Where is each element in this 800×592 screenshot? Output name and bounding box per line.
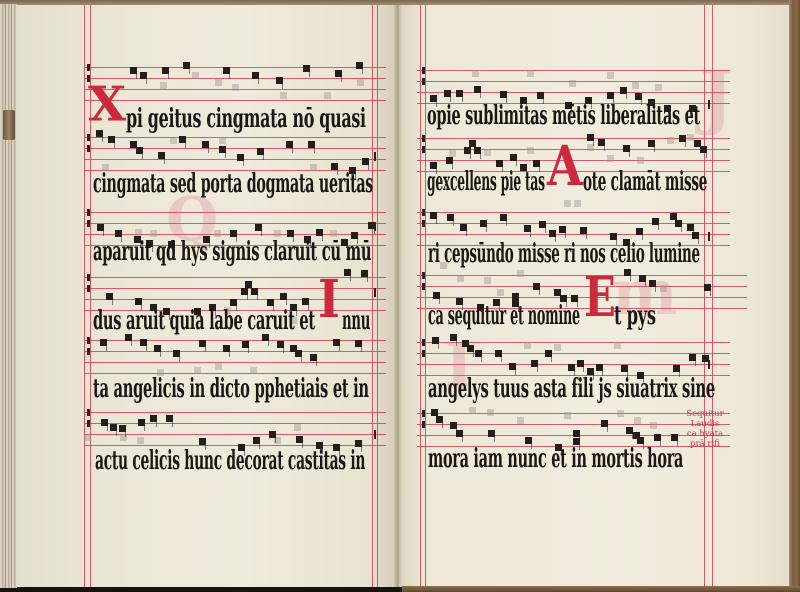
neume [436,416,443,423]
show-through-neume [469,407,476,414]
custos-mark [708,232,710,241]
show-through-neume [137,437,144,444]
neume [106,293,113,300]
neume [587,134,594,141]
neume [179,136,186,143]
neume [512,293,519,300]
neume [670,213,677,220]
show-through-neume [517,270,524,277]
neume [700,146,707,153]
show-through-neume [472,70,479,77]
neume [199,340,206,347]
clef-mark [422,339,425,346]
red-initial-x: X [88,80,126,128]
neume [183,62,190,69]
neume [115,230,122,237]
music-staff [84,340,386,374]
neume [223,345,230,352]
show-through-neume [250,367,257,374]
show-through-neume [564,200,571,207]
neume [295,350,302,357]
neume [355,340,362,347]
show-through-neume [687,134,694,141]
lyric-line: ca sequitur et nomine [428,301,580,331]
neume [430,212,437,219]
clef-mark [422,220,425,227]
show-through-neume [457,275,464,282]
music-staff [417,70,730,104]
neume [460,224,467,231]
clef-mark [422,421,425,428]
neume [444,90,451,97]
show-through-neume [215,79,222,86]
neume [253,437,260,444]
neume [467,345,474,352]
show-through-neume [614,342,621,349]
clef-mark [422,209,425,216]
clef-mark [87,348,90,355]
neume [509,363,516,370]
lyric-line: actu celicis hunc decorat castitas in [95,446,365,476]
show-through-neume [660,285,667,292]
show-through-neume [84,434,91,441]
show-through-neume [607,72,614,79]
lyric-line: dus aruit quia labe caruit et [93,306,315,336]
neume [673,365,680,372]
neume [601,420,608,427]
neume [475,350,482,357]
lyric-line: opie sublimitas mētis liberalitas et [427,101,700,131]
neume [202,141,209,148]
book-cover-edge [789,0,800,592]
neume [230,230,237,237]
neume [286,141,293,148]
clef-mark [422,146,425,153]
neume [654,434,661,441]
clef-mark [422,350,425,357]
neume [524,225,531,232]
neume [549,230,556,237]
neume [596,364,603,371]
neume [110,424,117,431]
lyric-line: mora iam nunc et in mortis hora [428,444,683,474]
show-through-neume [524,342,531,349]
neume [598,139,605,146]
show-through-neume [215,363,222,370]
custos-mark [374,152,376,161]
neume [356,62,363,69]
show-through-neume [487,409,494,416]
book-gutter [394,5,403,587]
neume [255,224,262,231]
neume [154,345,161,352]
neume [607,92,614,99]
show-through-neume [170,137,177,144]
clef-mark [422,272,425,279]
neume [257,148,264,155]
neume [450,422,457,429]
neume [276,77,283,84]
clef-mark [87,274,90,281]
rubric-line: prā rifi [680,439,730,449]
neume [119,425,126,432]
neume [158,152,165,159]
neume [537,92,544,99]
show-through-neume [449,150,456,157]
show-through-neume [497,289,504,296]
lyric-line: pi geitus cingmata nō quasi [126,104,366,134]
neume [568,364,575,371]
show-through-neume [357,79,364,86]
neume [510,154,517,161]
red-initial-e: E [584,270,616,326]
show-through-neume [617,410,624,417]
neume [456,90,463,97]
neume [671,434,678,441]
neume [446,157,453,164]
neume [335,70,342,77]
neume [199,438,206,445]
lyric-line: angelys tuus asta fili js siuatrix sine [428,374,715,404]
lyric-line: aparuit qd hys signis claruit cū mū [93,237,371,267]
ghost-initial: J [700,62,733,132]
neume [310,354,317,361]
neume [675,220,682,227]
clef-mark [422,135,425,142]
neume [333,339,340,346]
clef-mark [87,134,90,141]
neume [302,298,309,305]
neume [431,409,438,416]
neume [635,93,642,100]
show-through-neume [517,417,524,424]
custos-mark [374,222,376,231]
show-through-neume [330,230,337,237]
neume [495,350,502,357]
neume [432,337,439,344]
neume [108,136,115,143]
show-through-neume [280,92,287,99]
lyric-line: ta angelicis in dicto pphetiais et in [93,374,369,404]
show-through-neume [192,72,199,79]
neume [230,299,237,306]
neume [280,293,287,300]
neume [101,419,108,426]
neume [545,350,552,357]
show-through-neume [150,230,157,237]
neume [97,224,104,231]
show-through-neume [232,84,239,91]
neume [531,360,538,367]
neume [136,147,143,154]
clef-mark [87,64,90,71]
neume [433,292,440,299]
neume [474,86,481,93]
custos-mark [374,430,376,439]
book-bottom-edge [402,586,800,592]
show-through-neume [324,92,331,99]
clef-mark [87,409,90,416]
neume [296,436,303,443]
neume [316,229,323,236]
show-through-neume [484,277,491,284]
neume [308,141,315,148]
page-stack-edge [0,4,17,588]
neume [344,269,351,276]
show-through-neume [667,137,674,144]
neume [219,146,226,153]
show-through-neume [135,229,142,236]
neume [639,275,646,282]
show-through-neume [160,82,167,89]
neume [500,91,507,98]
neume [130,67,137,74]
neume [573,430,580,437]
neume [252,72,259,79]
custos-mark [708,360,710,369]
custos-mark [708,100,710,109]
neume [636,228,643,235]
neume [469,140,476,147]
neume [533,160,540,167]
clef-mark [87,209,90,216]
neume [287,230,294,237]
clef-mark [422,67,425,74]
show-through-neume [574,200,581,207]
neume [474,147,481,154]
neume [525,437,532,444]
show-through-neume [274,230,281,237]
neume [689,354,696,361]
neume [251,288,258,295]
neume [245,281,252,288]
rubric-line: ca hyata [680,429,730,439]
show-through-neume [655,84,662,91]
show-through-neume [637,157,644,164]
neume [162,67,169,74]
show-through-neume [632,82,639,89]
show-through-neume [634,417,641,424]
neume [237,154,244,161]
lyric-line: cingmata sed porta dogmata ueritas [93,169,373,199]
show-through-neume [294,424,301,431]
show-through-neume [569,80,576,87]
neume [140,339,147,346]
neume [269,431,276,438]
neume [135,298,142,305]
rubric-marginal-note: Sequitur Laudis ca hyata prā rifi [680,409,730,449]
neume [704,284,711,291]
neume [241,288,248,295]
clef-mark [422,78,425,85]
neume [679,135,686,142]
neume [496,160,503,167]
neume [138,419,145,426]
custos-mark [374,288,376,297]
neume [648,140,655,147]
clef-mark [422,283,425,290]
clef-mark [422,410,425,417]
neume [480,220,487,227]
lyric-line: ote clamāt misse [583,167,707,197]
show-through-neume [650,422,657,429]
neume [488,430,495,437]
lyric-line: ri cepsūndo misse ri nos celio lumine [428,239,700,269]
neume [362,158,369,165]
rubric-line: Sequitur [680,409,730,419]
show-through-neume [214,230,221,237]
lyric-line: nnu [342,306,370,336]
clef-mark [87,337,90,344]
neume [173,350,180,357]
neume [140,72,147,79]
show-through-neume [527,70,534,77]
neume [150,415,157,422]
neume [637,437,644,444]
show-through-neume [564,412,571,419]
clef-mark [87,285,90,292]
neume [361,270,368,277]
clef-mark [87,420,90,427]
neume [624,269,631,276]
neume [559,226,566,233]
neume [626,427,633,434]
neume [621,365,628,372]
red-initial-i: I [318,274,340,326]
neume [580,227,587,234]
red-initial-a: A [547,139,583,195]
neume [533,283,540,290]
neume [649,280,656,287]
neume [464,147,471,154]
neume [652,218,659,225]
neume [687,224,694,231]
show-through-neume [194,367,201,374]
neume [303,65,310,72]
neume [620,87,627,94]
neume [447,214,454,221]
neume [577,360,584,367]
clef-mark [87,220,90,227]
rubric-line: Laudis [680,419,730,429]
show-through-neume [554,344,561,351]
lyric-line: gexcellens pie tas [427,167,545,197]
neume [277,341,284,348]
neume [100,339,107,346]
show-through-neume [219,137,226,144]
neume [223,67,230,74]
neume [623,145,630,152]
neume [450,334,457,341]
neume [500,214,507,221]
neume [456,430,463,437]
neume [242,341,249,348]
show-through-neume [484,149,491,156]
neume [692,232,699,239]
clef-mark [87,145,90,152]
music-staff [84,412,386,446]
show-through-neume [527,147,534,154]
neume [539,221,546,228]
neume [267,299,274,306]
neume [166,415,173,422]
binding-clasp [3,110,15,140]
lyric-line: t pys [614,301,656,331]
show-through-neume [607,155,614,162]
